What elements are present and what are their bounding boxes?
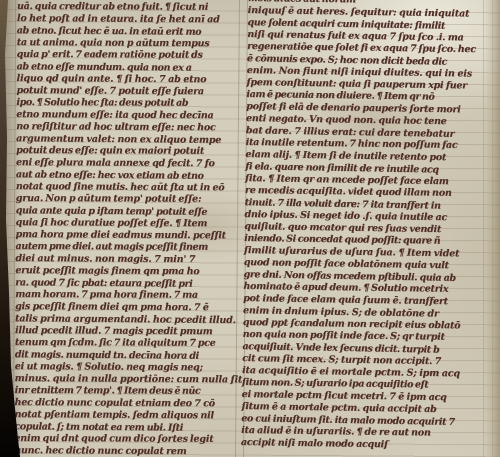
manuscript-text-line: no reſiſtitur ad hoc ultram eſſe: nec ho…	[16, 121, 236, 134]
manuscript-text-line: uā. quia creditur ab etno fuit. ¶ ſicut …	[17, 1, 237, 14]
manuscript-text-line: inr etnittem 7 temp'. ¶ Item deus ē nūc	[15, 385, 235, 398]
manuscript-text-line: lo het poſt ad in etaura. ita ſe het anī…	[17, 13, 237, 26]
manuscript-text-line: ipo. ¶ Solutio hec ſta: deus potuit ab	[16, 97, 236, 110]
manuscript-text-line: talis prima argumentandi. hoc pcedit ill…	[15, 313, 235, 327]
manuscript-text-line: eruit pceſſit magis finem qm pma ho	[15, 265, 235, 278]
manuscript-column-right: …oīs diues aut horuminiquuſ ē aut heres.…	[241, 0, 490, 453]
manuscript-text-line: nunc. hec dictio nunc copulat rem	[14, 445, 234, 457]
manuscript-text-line: dit magis. numquid tn. decīna hora di	[15, 349, 235, 363]
manuscript-text-line: eni eſſe plura mala annexe qd fecit. 7 f…	[16, 157, 236, 170]
manuscript-text-line: aut ab etno eſſe: hec vox etiam ab etno	[16, 169, 236, 183]
manuscript-column-left: uā. quia creditur ab etno fuit. ¶ ſicut …	[14, 1, 237, 457]
manuscript-text-line: tenum qm ſcdm. ſic 7 ita aliquitum 7 pce	[15, 337, 235, 350]
manuscript-text-line: mam horam. 7 pma hora finem. 7 ma	[15, 289, 235, 302]
manuscript-text-line: grua. Non p aūtum temp' potuit eſſe:	[16, 193, 236, 206]
manuscript-text-line: enim qui dnt quod cum dico ſortes legit	[14, 433, 234, 446]
manuscript-page: uā. quia creditur ab etno fuit. ¶ ſicut …	[0, 0, 500, 457]
manuscript-text-line: gis pceſſit finem diei qm pma hora. 7 ē	[15, 301, 235, 314]
manuscript-text-line: ab etno. ſicut hec ē ua. in etaū erit mo	[17, 25, 237, 39]
manuscript-text-line: ab etno eſſe mundum. quia non ex a	[17, 61, 237, 75]
manuscript-text-line: notat pſentiam tempis. ſedm aliquos nil	[14, 409, 234, 422]
manuscript-text-line: quia ante quia p iſtam temp' potuit eſſe	[16, 205, 236, 219]
manuscript-text-line: quia p' erit. 7 eadem ratiōne potuit ds	[17, 49, 237, 62]
manuscript-text-line: potuit deus eſſe: quin ex maiori potuit	[16, 145, 236, 158]
page-edge-crease	[492, 0, 493, 457]
manuscript-text-line: autem pme diei. aut magis pceſſit finem	[15, 241, 235, 254]
